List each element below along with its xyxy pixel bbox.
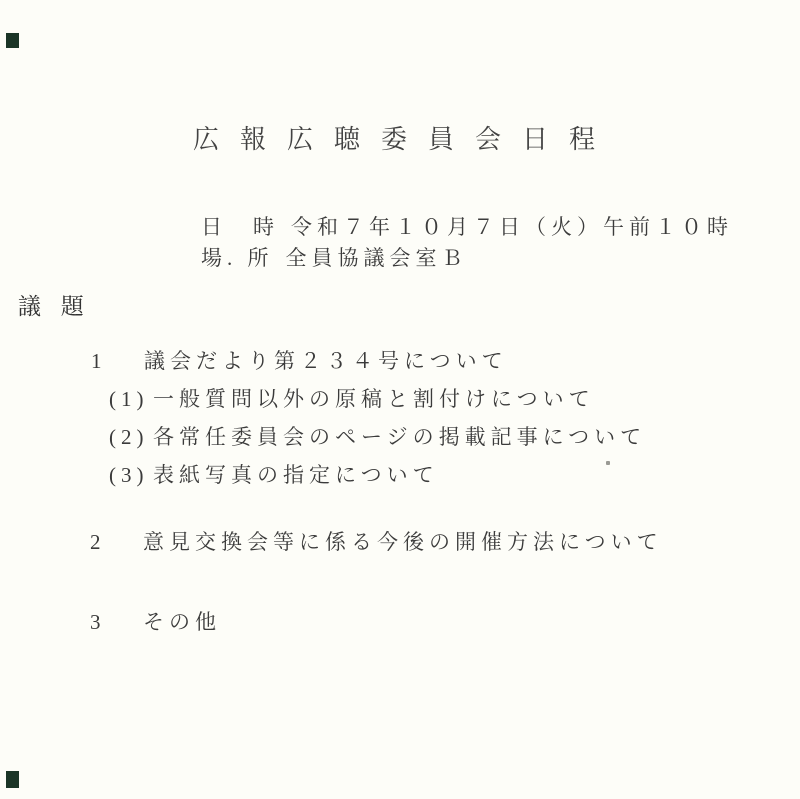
meta-place-row: 場. 所全員協議会室Ｂ [160,227,468,290]
agenda-item-1-sub-3-number: (3) [109,465,153,486]
scanned-agenda-document: 広報広聴委員会日程 日 時令和７年１０月７日（火）午前１０時 場. 所全員協議会… [0,0,800,799]
scan-artifact-mark-bottom [6,771,19,788]
agenda-item-3-text: その他 [143,610,221,634]
meta-place-value: 全員協議会室Ｂ [286,246,468,270]
scan-artifact-mark-top [6,33,19,48]
agenda-item-2-text: 意見交換会等に係る今後の開催方法について [143,530,663,554]
agenda-item-3-number: 3 [90,612,143,633]
agenda-item-2: 2意見交換会等に係る今後の開催方法について [49,511,663,574]
agenda-item-1-sub-3-text: 表紙写真の指定について [153,463,439,487]
agenda-item-3: 3その他 [49,591,221,654]
document-title: 広報広聴委員会日程 [193,127,616,153]
agenda-heading: 議 題 [18,295,91,318]
agenda-item-2-number: 2 [90,532,143,553]
agenda-item-1-sub-3: (3)表紙写真の指定について [68,444,439,507]
meta-place-label: 場. 所 [201,246,274,270]
